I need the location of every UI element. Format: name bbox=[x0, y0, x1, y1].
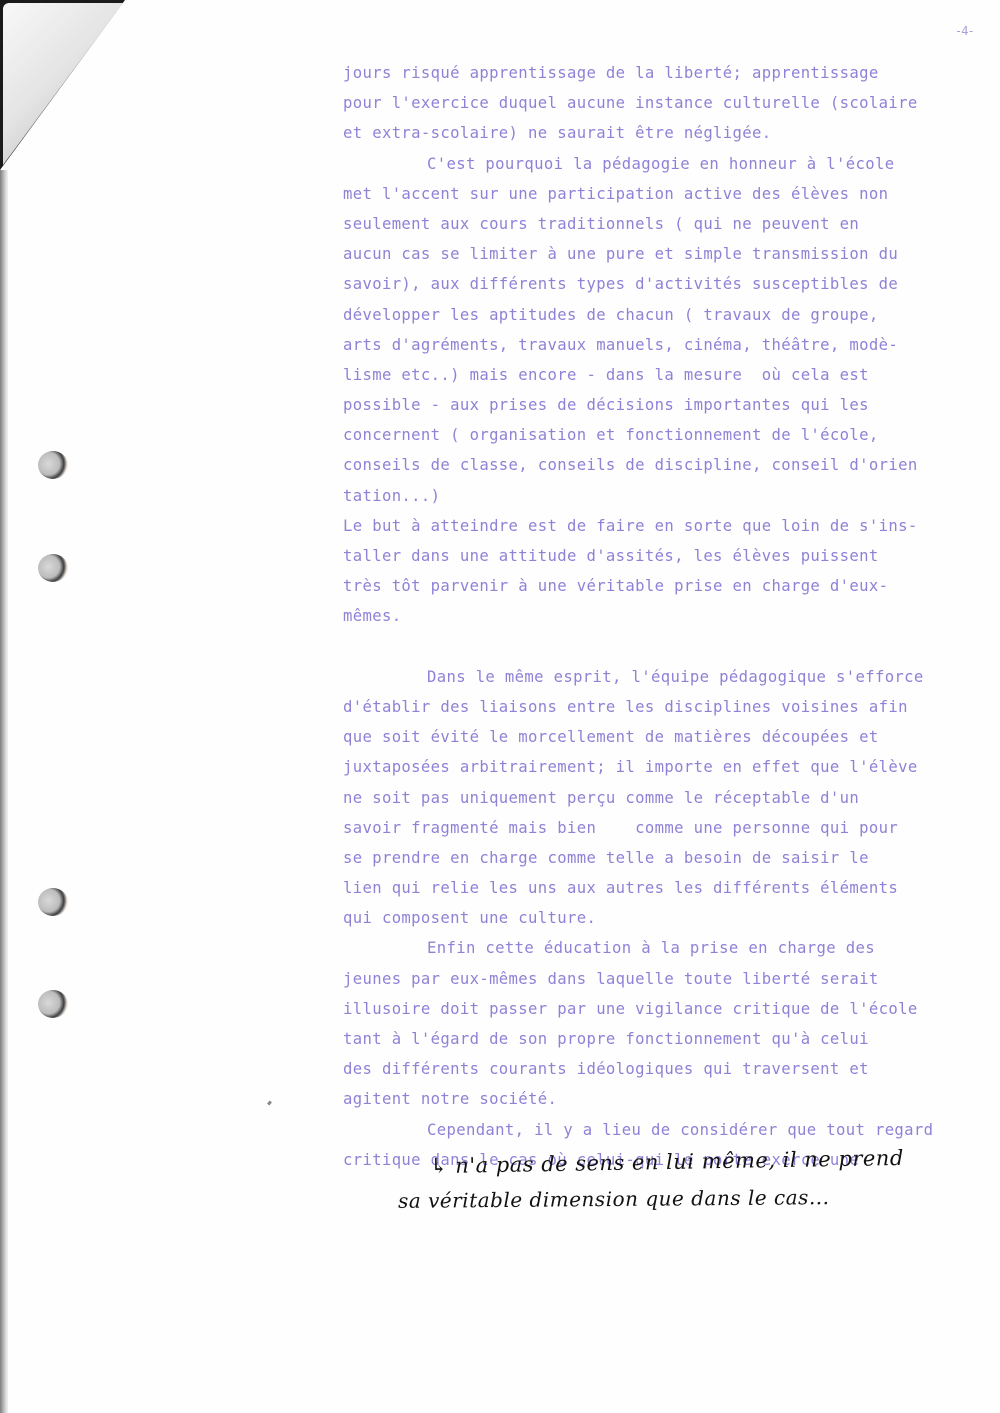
typed-line: juxtaposées arbitrairement; il importe e… bbox=[343, 752, 1000, 782]
handwritten-annotation-line: sa véritable dimension que dans le cas..… bbox=[398, 1185, 830, 1213]
typed-line: arts d'agréments, travaux manuels, ciném… bbox=[343, 330, 1000, 360]
typed-line: ne soit pas uniquement perçu comme le ré… bbox=[343, 783, 1000, 813]
typed-line: lien qui relie les uns aux autres les di… bbox=[343, 873, 1000, 903]
typed-line: tant à l'égard de son propre fonctionnem… bbox=[343, 1024, 1000, 1054]
typed-line: agitent notre société. bbox=[343, 1084, 1000, 1114]
typed-line: met l'accent sur une participation activ… bbox=[343, 179, 1000, 209]
punch-hole bbox=[38, 888, 68, 916]
typed-line: que soit évité le morcellement de matièr… bbox=[343, 722, 1000, 752]
punch-hole bbox=[38, 451, 68, 479]
typed-line: C'est pourquoi la pédagogie en honneur à… bbox=[343, 149, 1000, 179]
typed-line: jeunes par eux-mêmes dans laquelle toute… bbox=[343, 964, 1000, 994]
punch-hole bbox=[38, 990, 68, 1018]
typed-line bbox=[343, 632, 1000, 662]
punch-hole bbox=[38, 554, 68, 582]
typed-line: et extra-scolaire) ne saurait être négli… bbox=[343, 118, 1000, 148]
typed-line: seulement aux cours traditionnels ( qui … bbox=[343, 209, 1000, 239]
typed-line: illusoire doit passer par une vigilance … bbox=[343, 994, 1000, 1024]
typed-line: Dans le même esprit, l'équipe pédagogiqu… bbox=[343, 662, 1000, 692]
typed-line: savoir), aux différents types d'activité… bbox=[343, 269, 1000, 299]
paper-speck bbox=[267, 1101, 272, 1106]
page-number: -4- bbox=[955, 24, 974, 38]
typed-line: d'établir des liaisons entre les discipl… bbox=[343, 692, 1000, 722]
typewritten-body: jours risqué apprentissage de la liberté… bbox=[343, 58, 1000, 1175]
typed-line: tation...) bbox=[343, 481, 1000, 511]
typed-line: mêmes. bbox=[343, 601, 1000, 631]
typed-line: conseils de classe, conseils de discipli… bbox=[343, 450, 1000, 480]
typed-line: très tôt parvenir à une véritable prise … bbox=[343, 571, 1000, 601]
typed-line: aucun cas se limiter à une pure et simpl… bbox=[343, 239, 1000, 269]
typed-line: se prendre en charge comme telle a besoi… bbox=[343, 843, 1000, 873]
typed-line: Le but à atteindre est de faire en sorte… bbox=[343, 511, 1000, 541]
typed-line: développer les aptitudes de chacun ( tra… bbox=[343, 300, 1000, 330]
typed-line: jours risqué apprentissage de la liberté… bbox=[343, 58, 1000, 88]
scanned-page: -4- jours risqué apprentissage de la lib… bbox=[0, 0, 1000, 1413]
typed-line: lisme etc..) mais encore - dans la mesur… bbox=[343, 360, 1000, 390]
page-binding-edge bbox=[0, 165, 8, 1413]
typed-line: Cependant, il y a lieu de considérer que… bbox=[343, 1115, 1000, 1145]
typed-line: possible - aux prises de décisions impor… bbox=[343, 390, 1000, 420]
typed-line: savoir fragmenté mais bien comme une per… bbox=[343, 813, 1000, 843]
typed-line: Enfin cette éducation à la prise en char… bbox=[343, 933, 1000, 963]
typed-line: taller dans une attitude d'assités, les … bbox=[343, 541, 1000, 571]
typed-line: concernent ( organisation et fonctionnem… bbox=[343, 420, 1000, 450]
folded-corner bbox=[0, 0, 125, 170]
typed-line: des différents courants idéologiques qui… bbox=[343, 1054, 1000, 1084]
typed-line: pour l'exercice duquel aucune instance c… bbox=[343, 88, 1000, 118]
typed-line: qui composent une culture. bbox=[343, 903, 1000, 933]
